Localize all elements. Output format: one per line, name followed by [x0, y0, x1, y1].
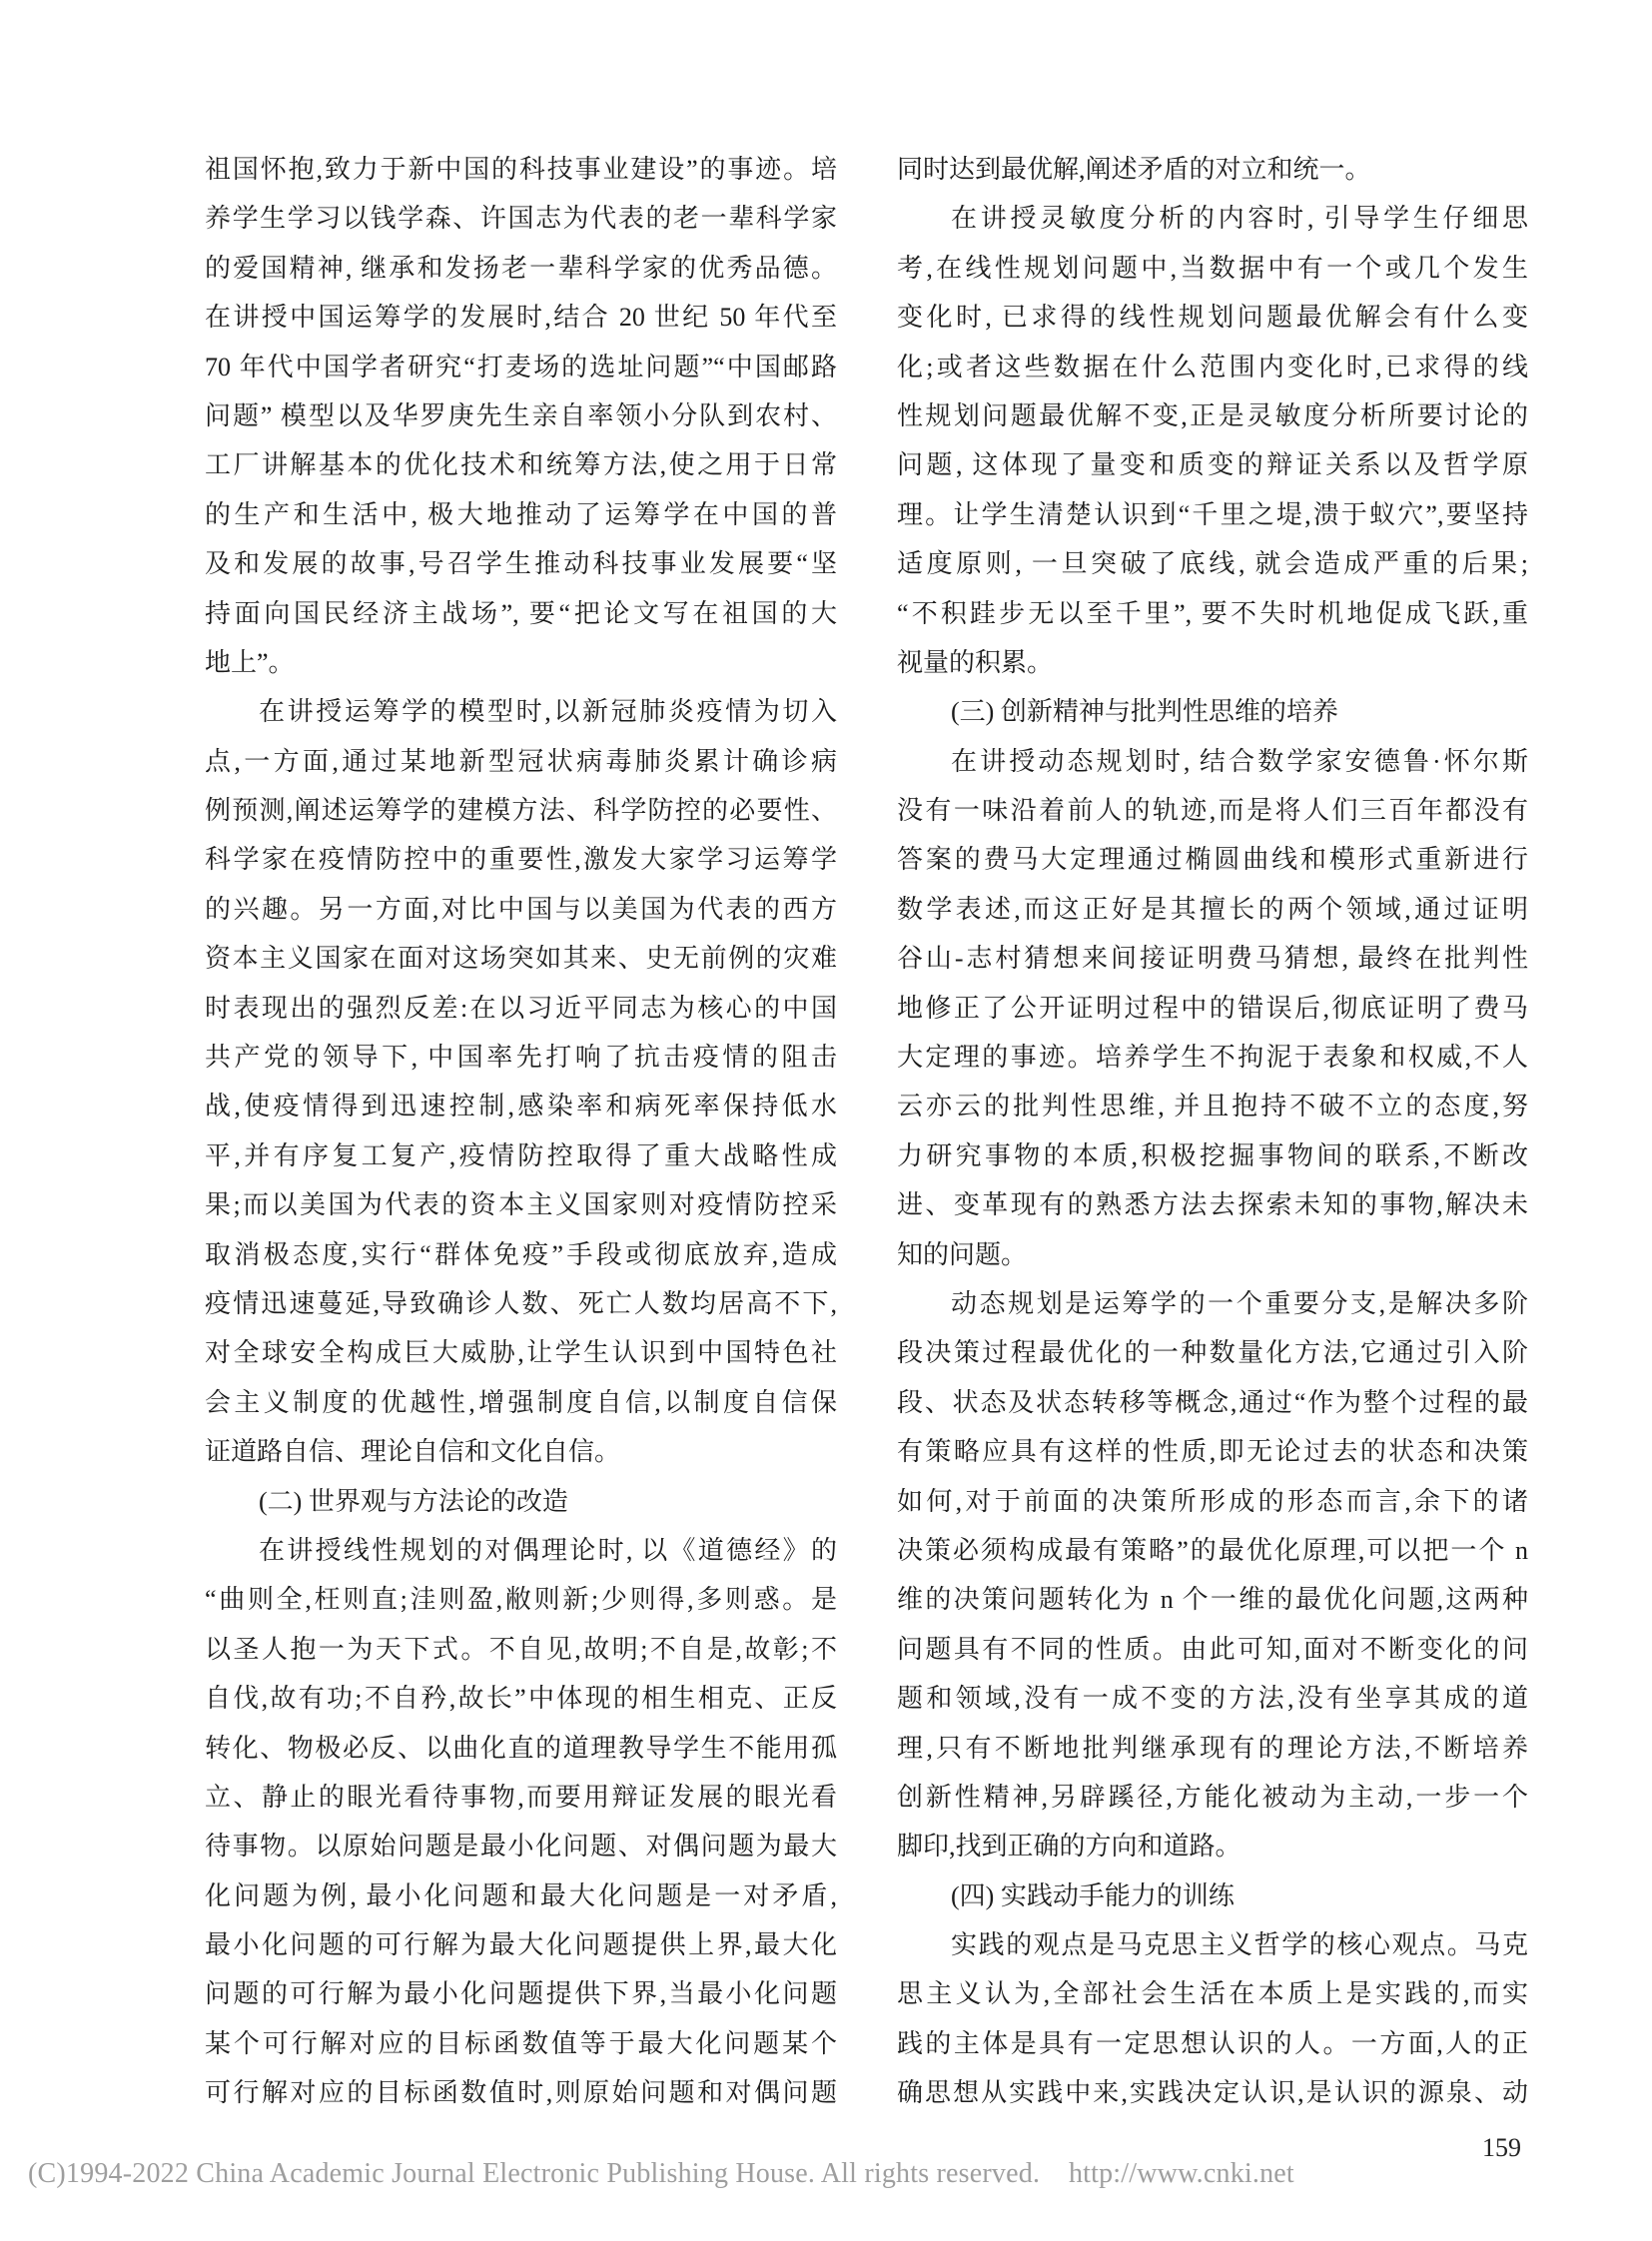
text-line: 视量的积累。	[897, 638, 1528, 687]
text-line: 动态规划是运筹学的一个重要分支,是解决多阶	[897, 1279, 1528, 1328]
text-line: 平,并有序复工复产,疫情防控取得了重大战略性成	[205, 1131, 837, 1180]
text-line: 没有一味沿着前人的轨迹,而是将人们三百年都没有	[897, 786, 1528, 835]
text-line: 在讲授中国运筹学的发展时,结合 20 世纪 50 年代至	[205, 293, 837, 342]
text-line: 科学家在疫情防控中的重要性,激发大家学习运筹学	[205, 835, 837, 884]
text-line: “曲则全,枉则直;洼则盈,敝则新;少则得,多则惑。是	[205, 1575, 837, 1624]
text-line: 果;而以美国为代表的资本主义国家则对疫情防控采	[205, 1180, 837, 1229]
text-line: 问题, 这体现了量变和质变的辩证关系以及哲学原	[897, 440, 1528, 489]
text-line: 云亦云的批判性思维, 并且抱持不破不立的态度,努	[897, 1082, 1528, 1130]
text-line: 在讲授灵敏度分析的内容时, 引导学生仔细思	[897, 194, 1528, 243]
text-line: 祖国怀抱,致力于新中国的科技事业建设”的事迹。培	[205, 145, 837, 194]
text-line: 理,只有不断地批判继承现有的理论方法,不断培养	[897, 1724, 1528, 1773]
text-line: 变化时, 已求得的线性规划问题最优解会有什么变	[897, 293, 1528, 342]
text-line: 谷山-志村猜想来间接证明费马猜想, 最终在批判性	[897, 934, 1528, 983]
section-heading: (四) 实践动手能力的训练	[897, 1871, 1528, 1920]
section-heading: (三) 创新精神与批判性思维的培养	[897, 687, 1528, 736]
text-line: 地修正了公开证明过程中的错误后,彻底证明了费马	[897, 984, 1528, 1033]
text-line: 践的主体是具有一定思想认识的人。一方面,人的正	[897, 2019, 1528, 2068]
text-line: 的生产和生活中, 极大地推动了运筹学在中国的普	[205, 490, 837, 539]
text-line: 进、变革现有的熟悉方法去探索未知的事物,解决未	[897, 1180, 1528, 1229]
text-line: 如何,对于前面的决策所形成的形态而言,余下的诸	[897, 1477, 1528, 1526]
text-line: 脚印,找到正确的方向和道路。	[897, 1822, 1528, 1870]
text-line: 70 年代中国学者研究“打麦场的选址问题”“中国邮路	[205, 343, 837, 391]
section-heading: (二) 世界观与方法论的改造	[205, 1477, 837, 1526]
text-line: 对全球安全构成巨大威胁,让学生认识到中国特色社	[205, 1328, 837, 1377]
text-line: 及和发展的故事,号召学生推动科技事业发展要“坚	[205, 539, 837, 588]
page-number: 159	[1482, 2133, 1521, 2163]
right-text-column: 同时达到最优解,阐述矛盾的对立和统一。在讲授灵敏度分析的内容时, 引导学生仔细思…	[897, 145, 1528, 2118]
text-line: “不积跬步无以至千里”, 要不失时机地促成飞跃,重	[897, 589, 1528, 638]
text-line: 时表现出的强烈反差:在以习近平同志为核心的中国	[205, 984, 837, 1033]
text-line: 维的决策问题转化为 n 个一维的最优化问题,这两种	[897, 1575, 1528, 1624]
text-line: 最小化问题的可行解为最大化问题提供上界,最大化	[205, 1920, 837, 1969]
text-line: 创新性精神,另辟蹊径,方能化被动为主动,一步一个	[897, 1773, 1528, 1822]
text-line: 问题具有不同的性质。由此可知,面对不断变化的问	[897, 1625, 1528, 1674]
text-line: 适度原则, 一旦突破了底线, 就会造成严重的后果;	[897, 539, 1528, 588]
text-line: 化;或者这些数据在什么范围内变化时,已求得的线	[897, 343, 1528, 391]
journal-page: 祖国怀抱,致力于新中国的科技事业建设”的事迹。培养学生学习以钱学森、许国志为代表…	[0, 0, 1652, 2241]
text-line: 同时达到最优解,阐述矛盾的对立和统一。	[897, 145, 1528, 194]
text-line: 点,一方面,通过某地新型冠状病毒肺炎累计确诊病	[205, 737, 837, 786]
text-line: 大定理的事迹。培养学生不拘泥于表象和权威,不人	[897, 1033, 1528, 1082]
text-line: 转化、物极必反、以曲化直的道理教导学生不能用孤	[205, 1724, 837, 1773]
text-line: 战,使疫情得到迅速控制,感染率和病死率保持低水	[205, 1082, 837, 1130]
text-line: 段、状态及状态转移等概念,通过“作为整个过程的最	[897, 1378, 1528, 1427]
text-line: 题和领域,没有一成不变的方法,没有坐享其成的道	[897, 1674, 1528, 1723]
text-line: 段决策过程最优化的一种数量化方法,它通过引入阶	[897, 1328, 1528, 1377]
text-line: 在讲授运筹学的模型时,以新冠肺炎疫情为切入	[205, 687, 837, 736]
text-line: 会主义制度的优越性,增强制度自信,以制度自信保	[205, 1378, 837, 1427]
text-line: 知的问题。	[897, 1230, 1528, 1279]
text-line: 确思想从实践中来,实践决定认识,是认识的源泉、动	[897, 2068, 1528, 2117]
text-line: 例预测,阐述运筹学的建模方法、科学防控的必要性、	[205, 786, 837, 835]
text-line: 取消极态度,实行“群体免疫”手段或彻底放弃,造成	[205, 1230, 837, 1279]
text-line: 问题” 模型以及华罗庚先生亲自率领小分队到农村、	[205, 391, 837, 440]
text-line: 资本主义国家在面对这场突如其来、史无前例的灾难	[205, 934, 837, 983]
text-line: 化问题为例, 最小化问题和最大化问题是一对矛盾,	[205, 1871, 837, 1920]
text-line: 决策必须构成最有策略”的最优化原理,可以把一个 n	[897, 1526, 1528, 1575]
text-line: 证道路自信、理论自信和文化自信。	[205, 1427, 837, 1476]
text-line: 问题的可行解为最小化问题提供下界,当最小化问题	[205, 1969, 837, 2018]
text-line: 力研究事物的本质,积极挖掘事物间的联系,不断改	[897, 1131, 1528, 1180]
text-line: 自伐,故有功;不自矜,故长”中体现的相生相克、正反	[205, 1674, 837, 1723]
text-line: 性规划问题最优解不变,正是灵敏度分析所要讨论的	[897, 391, 1528, 440]
footer-copyright-watermark: (C)1994-2022 China Academic Journal Elec…	[28, 2158, 1294, 2190]
text-line: 数学表述,而这正好是其擅长的两个领域,通过证明	[897, 885, 1528, 934]
text-line: 考,在线性规划问题中,当数据中有一个或几个发生	[897, 244, 1528, 293]
text-line: 的兴趣。另一方面,对比中国与以美国为代表的西方	[205, 885, 837, 934]
text-line: 养学生学习以钱学森、许国志为代表的老一辈科学家	[205, 194, 837, 243]
text-line: 待事物。以原始问题是最小化问题、对偶问题为最大	[205, 1822, 837, 1870]
text-line: 地上”。	[205, 638, 837, 687]
text-line: 有策略应具有这样的性质,即无论过去的状态和决策	[897, 1427, 1528, 1476]
left-text-column: 祖国怀抱,致力于新中国的科技事业建设”的事迹。培养学生学习以钱学森、许国志为代表…	[205, 145, 837, 2118]
text-line: 疫情迅速蔓延,导致确诊人数、死亡人数均居高不下,	[205, 1279, 837, 1328]
text-line: 理。让学生清楚认识到“千里之堤,溃于蚁穴”,要坚持	[897, 490, 1528, 539]
text-line: 持面向国民经济主战场”, 要“把论文写在祖国的大	[205, 589, 837, 638]
text-line: 共产党的领导下, 中国率先打响了抗击疫情的阻击	[205, 1033, 837, 1082]
text-line: 的爱国精神, 继承和发扬老一辈科学家的优秀品德。	[205, 244, 837, 293]
text-line: 思主义认为,全部社会生活在本质上是实践的,而实	[897, 1969, 1528, 2018]
text-line: 答案的费马大定理通过椭圆曲线和模形式重新进行	[897, 835, 1528, 884]
text-line: 在讲授线性规划的对偶理论时, 以《道德经》的	[205, 1526, 837, 1575]
text-line: 以圣人抱一为天下式。不自见,故明;不自是,故彰;不	[205, 1625, 837, 1674]
text-line: 在讲授动态规划时, 结合数学家安德鲁·怀尔斯	[897, 737, 1528, 786]
text-line: 工厂讲解基本的优化技术和统筹方法,使之用于日常	[205, 440, 837, 489]
text-line: 可行解对应的目标函数值时,则原始问题和对偶问题	[205, 2068, 837, 2117]
text-line: 立、静止的眼光看待事物,而要用辩证发展的眼光看	[205, 1773, 837, 1822]
text-line: 某个可行解对应的目标函数值等于最大化问题某个	[205, 2019, 837, 2068]
text-line: 实践的观点是马克思主义哲学的核心观点。马克	[897, 1920, 1528, 1969]
